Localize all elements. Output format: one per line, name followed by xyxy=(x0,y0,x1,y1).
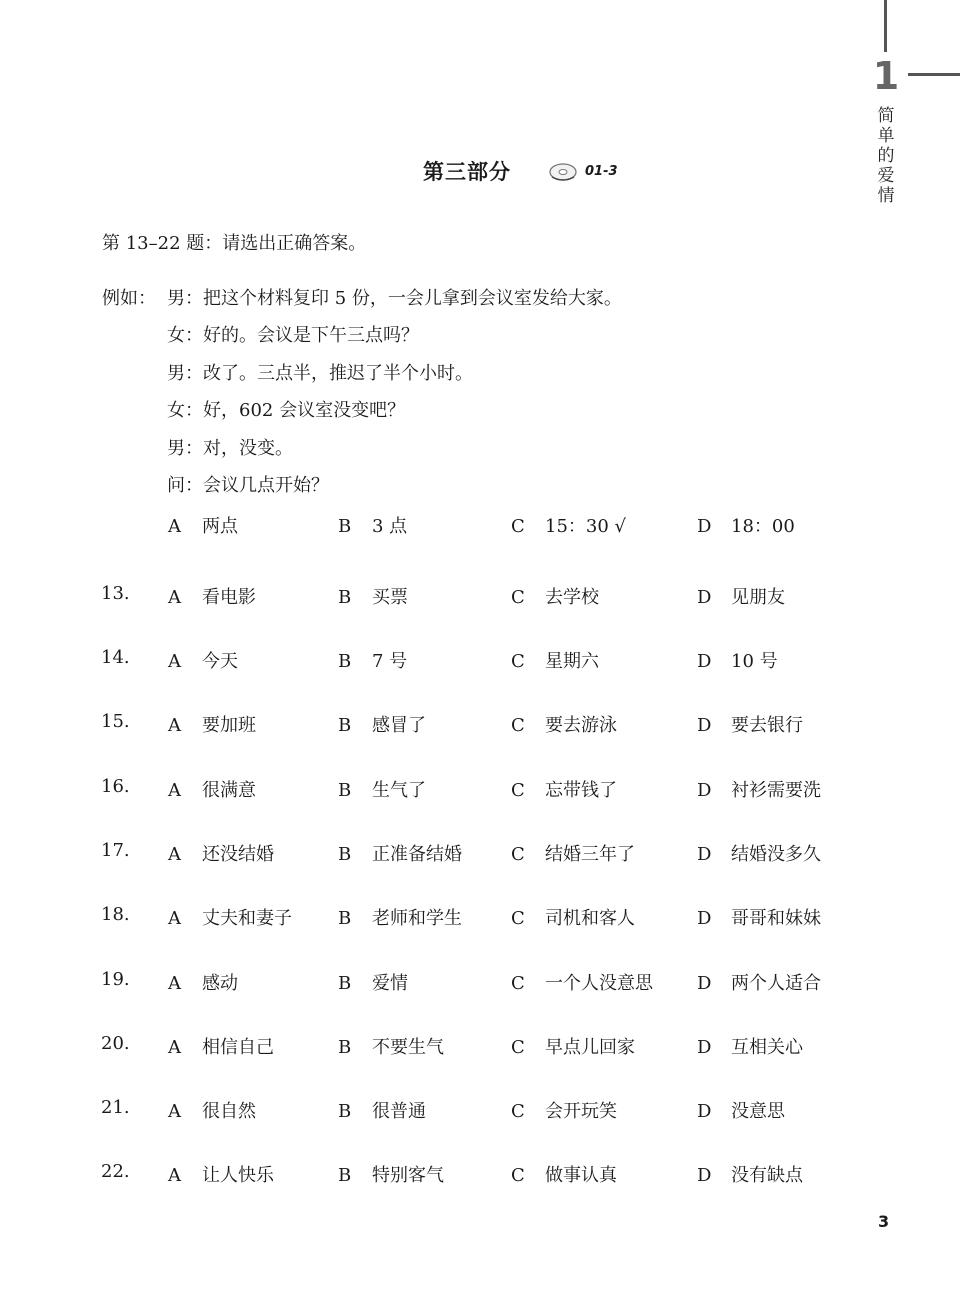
option-c[interactable]: C会开玩笑 xyxy=(511,1097,617,1123)
dialog-line: 女：好的。会议是下午三点吗？ xyxy=(167,321,419,347)
option-b[interactable]: B买票 xyxy=(338,583,408,609)
option-d[interactable]: D没有缺点 xyxy=(697,1161,803,1187)
option-a[interactable]: A很满意 xyxy=(168,776,256,802)
option-c[interactable]: C忘带钱了 xyxy=(511,776,617,802)
option-c[interactable]: C一个人没意思 xyxy=(511,969,653,995)
dialog-line: 女：好，602 会议室没变吧？ xyxy=(167,396,405,422)
option-a[interactable]: A今天 xyxy=(168,647,238,673)
option-c[interactable]: C早点儿回家 xyxy=(511,1033,635,1059)
option-a[interactable]: A让人快乐 xyxy=(168,1161,274,1187)
option-b[interactable]: B生气了 xyxy=(338,776,426,802)
chapter-number: 1 xyxy=(872,56,900,96)
option-b[interactable]: B不要生气 xyxy=(338,1033,444,1059)
dialog-line: 问：会议几点开始？ xyxy=(167,471,329,497)
question-row: 17. A还没结婚 B正准备结婚 C结婚三年了 D结婚没多久 xyxy=(0,840,960,868)
chapter-divider-horizontal xyxy=(908,73,960,76)
question-number: 14. xyxy=(101,647,130,668)
option-a[interactable]: A看电影 xyxy=(168,583,256,609)
question-row: 18. A丈夫和妻子 B老师和学生 C司机和客人 D哥哥和妹妹 xyxy=(0,904,960,932)
question-number: 16. xyxy=(101,776,130,797)
option-a[interactable]: A丈夫和妻子 xyxy=(168,904,292,930)
question-row: 20. A相信自己 B不要生气 C早点儿回家 D互相关心 xyxy=(0,1033,960,1061)
chapter-title-char: 简 xyxy=(876,106,896,126)
option-b: B3 点 xyxy=(338,512,407,538)
option-a: A两点 xyxy=(168,512,238,538)
chapter-title-char: 单 xyxy=(876,126,896,146)
question-row: 14. A今天 B7 号 C星期六 D10 号 xyxy=(0,647,960,675)
option-a[interactable]: A还没结婚 xyxy=(168,840,274,866)
question-number: 21. xyxy=(101,1097,130,1118)
option-a[interactable]: A要加班 xyxy=(168,711,256,737)
audio-track-number: 01-3 xyxy=(585,164,618,179)
option-c[interactable]: C星期六 xyxy=(511,647,599,673)
question-number: 19. xyxy=(101,969,130,990)
option-d[interactable]: D结婚没多久 xyxy=(697,840,821,866)
cd-icon xyxy=(548,160,578,182)
question-row: 19. A感动 B爱情 C一个人没意思 D两个人适合 xyxy=(0,969,960,997)
option-b[interactable]: B很普通 xyxy=(338,1097,426,1123)
option-d[interactable]: D哥哥和妹妹 xyxy=(697,904,821,930)
instruction: 第 13–22 题：请选出正确答案。 xyxy=(102,229,366,255)
example-options: A两点 B3 点 C15：30 √ D18：00 xyxy=(0,512,960,540)
question-number: 17. xyxy=(101,840,130,861)
option-b[interactable]: B7 号 xyxy=(338,647,407,673)
option-d[interactable]: D互相关心 xyxy=(697,1033,803,1059)
option-c[interactable]: C做事认真 xyxy=(511,1161,617,1187)
option-d[interactable]: D要去银行 xyxy=(697,711,803,737)
option-a[interactable]: A感动 xyxy=(168,969,238,995)
option-c[interactable]: C结婚三年了 xyxy=(511,840,635,866)
question-row: 21. A很自然 B很普通 C会开玩笑 D没意思 xyxy=(0,1097,960,1125)
page-number: 3 xyxy=(878,1212,889,1231)
option-d[interactable]: D没意思 xyxy=(697,1097,785,1123)
option-d[interactable]: D两个人适合 xyxy=(697,969,821,995)
dialog-line: 男：把这个材料复印 5 份，一会儿拿到会议室发给大家。 xyxy=(167,284,622,310)
option-d[interactable]: D见朋友 xyxy=(697,583,785,609)
question-row: 16. A很满意 B生气了 C忘带钱了 D衬衫需要洗 xyxy=(0,776,960,804)
option-b[interactable]: B爱情 xyxy=(338,969,408,995)
option-b[interactable]: B正准备结婚 xyxy=(338,840,462,866)
question-number: 13. xyxy=(101,583,130,604)
question-row: 22. A让人快乐 B特别客气 C做事认真 D没有缺点 xyxy=(0,1161,960,1189)
section-header: 第三部分 01-3 xyxy=(0,156,960,190)
option-c[interactable]: C司机和客人 xyxy=(511,904,635,930)
option-b[interactable]: B老师和学生 xyxy=(338,904,462,930)
option-c-correct: C15：30 √ xyxy=(511,512,626,538)
option-c[interactable]: C去学校 xyxy=(511,583,599,609)
option-d[interactable]: D衬衫需要洗 xyxy=(697,776,821,802)
question-number: 15. xyxy=(101,711,130,732)
option-d: D18：00 xyxy=(697,512,795,538)
dialog-line: 男：对，没变。 xyxy=(167,434,293,460)
question-row: 13. A看电影 B买票 C去学校 D见朋友 xyxy=(0,583,960,611)
option-c[interactable]: C要去游泳 xyxy=(511,711,617,737)
question-number: 18. xyxy=(101,904,130,925)
example-label: 例如： xyxy=(102,284,156,310)
section-title: 第三部分 xyxy=(423,156,511,186)
option-d[interactable]: D10 号 xyxy=(697,647,778,673)
option-a[interactable]: A很自然 xyxy=(168,1097,256,1123)
question-number: 22. xyxy=(101,1161,130,1182)
question-number: 20. xyxy=(101,1033,130,1054)
option-b[interactable]: B感冒了 xyxy=(338,711,426,737)
dialog-line: 男：改了。三点半，推迟了半个小时。 xyxy=(167,359,473,385)
question-row: 15. A要加班 B感冒了 C要去游泳 D要去银行 xyxy=(0,711,960,739)
option-a[interactable]: A相信自己 xyxy=(168,1033,274,1059)
option-b[interactable]: B特别客气 xyxy=(338,1161,444,1187)
chapter-divider-vertical xyxy=(884,0,887,52)
